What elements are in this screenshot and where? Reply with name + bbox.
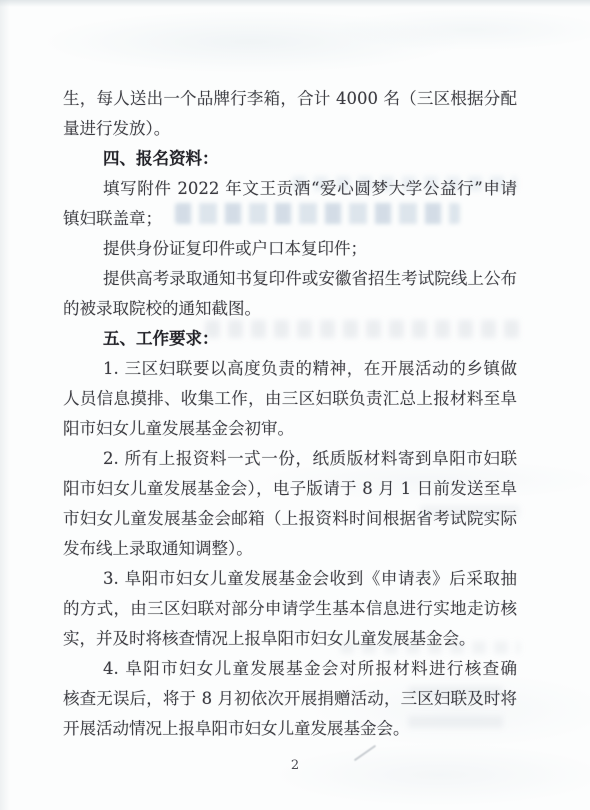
text-line: 1. 三区妇联要以高度负责的精神，在开展活动的乡镇做好 xyxy=(63,354,517,384)
text-line: 核查无误后，将于 8 月初依次开展捐赠活动，三区妇联及时将 xyxy=(63,684,517,714)
text-line: 的方式，由三区妇联对部分申请学生基本信息进行实地走访核 xyxy=(63,594,517,624)
page-number: 2 xyxy=(0,758,590,774)
text-line: 生，每人送出一个品牌行李箱，合计 4000 名（三区根据分配数 xyxy=(63,84,517,114)
text-line: 4. 阜阳市妇女儿童发展基金会对所报材料进行核查确认， xyxy=(63,654,517,684)
text-line: 发布线上录取通知调整）。 xyxy=(63,534,517,564)
text-line: 量进行发放）。 xyxy=(63,114,517,144)
section-heading: 五、工作要求： xyxy=(63,324,517,354)
text-line: 阳市妇女儿童发展基金会初审。 xyxy=(63,414,517,444)
section-heading: 四、报名资料： xyxy=(63,144,517,174)
text-line: 市妇女儿童发展基金会邮箱（上报资料时间根据省考试院实际 xyxy=(63,504,517,534)
text-line: 提供高考录取通知书复印件或安徽省招生考试院线上公布 xyxy=(63,264,517,294)
text-line: 2. 所有上报资料一式一份，纸质版材料寄到阜阳市妇联（阜 xyxy=(63,444,517,474)
scanned-document-page: { "doc": { "page_number": "2", "paragrap… xyxy=(0,0,590,810)
text-line: 阳市妇女儿童发展基金会），电子版请于 8 月 1 日前发送至阜阳 xyxy=(63,474,517,504)
text-line: 3. 阜阳市妇女儿童发展基金会收到《申请表》后采取抽查 xyxy=(63,564,517,594)
text-line: 人员信息摸排、收集工作，由三区妇联负责汇总上报材料至阜 xyxy=(63,384,517,414)
text-line: 开展活动情况上报阜阳市妇女儿童发展基金会。 xyxy=(63,714,517,744)
text-line: 实，并及时将核查情况上报阜阳市妇女儿童发展基金会。 xyxy=(63,624,517,654)
text-line: 提供身份证复印件或户口本复印件； xyxy=(63,234,517,264)
text-line: 镇妇联盖章； xyxy=(63,204,517,234)
text-line: 填写附件 2022 年文王贡酒“爱心圆梦大学公益行”申请表， xyxy=(63,174,517,204)
document-body: 生，每人送出一个品牌行李箱，合计 4000 名（三区根据分配数 量进行发放）。 … xyxy=(63,84,517,744)
text-line: 的被录取院校的通知截图。 xyxy=(63,294,517,324)
